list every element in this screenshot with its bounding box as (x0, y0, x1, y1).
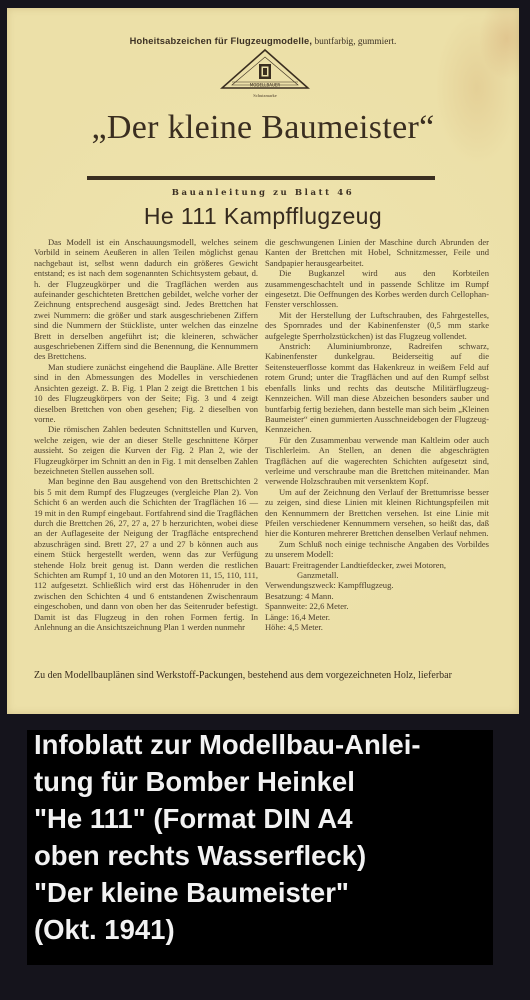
triangle-trademark-logo-icon: MODELLBAUER (220, 48, 310, 92)
paragraph: Man studiere zunächst eingehend die Baup… (34, 362, 258, 424)
paragraph: Um auf der Zeichnung den Verlauf der Bre… (265, 487, 489, 539)
spec-item: Besatzung: 4 Mann. (265, 591, 489, 601)
paragraph: Anstrich: Aluminiumbronze, Radreifen sch… (265, 341, 489, 435)
top-notice: Hoheitsabzeichen für Flugzeugmodelle, bu… (7, 36, 519, 47)
paragraph: Man beginne den Bau ausgehend von den Br… (34, 476, 258, 632)
spec-item-continuation: Ganzmetall. (265, 570, 489, 580)
svg-text:MODELLBAUER: MODELLBAUER (250, 83, 281, 88)
paragraph: Die Bugkanzel wird aus den Korbteilen zu… (265, 268, 489, 310)
document-heading: He 111 Kampfflugzeug (7, 203, 519, 230)
scanned-document: Hoheitsabzeichen für Flugzeugmodelle, bu… (7, 8, 519, 714)
top-notice-bold: Hoheitsabzeichen für Flugzeugmodelle, (130, 36, 313, 46)
paragraph: Für den Zusammenbau verwende man Kaltlei… (265, 435, 489, 487)
spec-item: Bauart: Freitragender Landtiefdecker, zw… (265, 560, 489, 570)
title-underline (87, 176, 435, 180)
spec-item: Verwendungszweck: Kampfflugzeug. (265, 580, 489, 590)
main-title: „Der kleine Baumeister“ (7, 108, 519, 148)
paragraph: Zum Schluß noch einige technische Angabe… (265, 539, 489, 560)
top-notice-rest: buntfarbig, gummiert. (314, 37, 396, 47)
paragraph: Die römischen Zahlen bedeuten Schnittste… (34, 424, 258, 476)
left-column: Das Modell ist ein Anschauungsmodell, we… (34, 237, 258, 632)
logo-caption: Schutzmarke (220, 93, 310, 98)
paragraph: Das Modell ist ein Anschauungsmodell, we… (34, 237, 258, 362)
spec-item: Höhe: 4,5 Meter. (265, 622, 489, 632)
spec-item: Spannweite: 22,6 Meter. (265, 601, 489, 611)
caption-text: Infoblatt zur Modellbau-Anlei- tung für … (34, 726, 524, 948)
footer-note: Zu den Modellbauplänen sind Werkstoff-Pa… (34, 670, 499, 681)
spec-item: Länge: 16,4 Meter. (265, 612, 489, 622)
technical-specs: Bauart: Freitragender Landtiefdecker, zw… (265, 560, 489, 633)
right-column: die geschwungenen Linien der Maschine du… (265, 237, 489, 632)
subtitle: Bauanleitung zu Blatt 46 (7, 188, 519, 198)
paragraph: Mit der Herstellung der Luftschrauben, d… (265, 310, 489, 341)
trademark-logo: MODELLBAUER Schutzmarke (220, 48, 310, 104)
paragraph: die geschwungenen Linien der Maschine du… (265, 237, 489, 268)
